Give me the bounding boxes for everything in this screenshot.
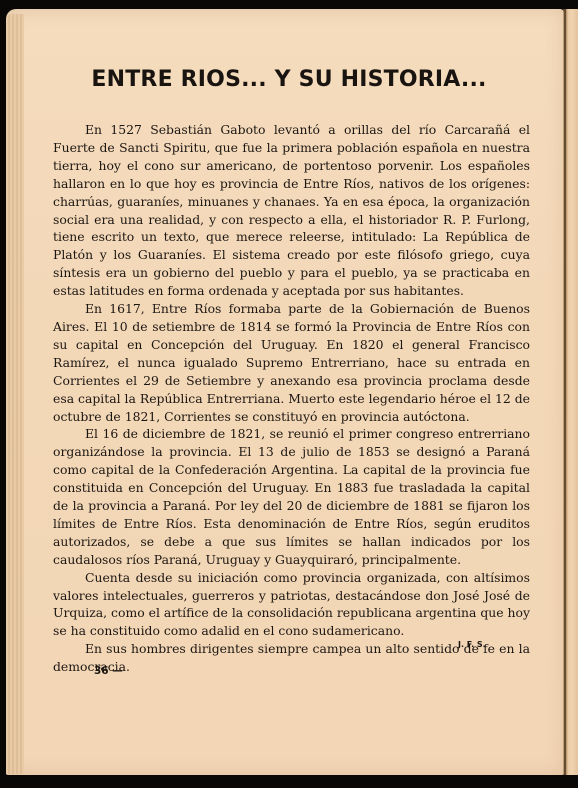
paragraph: En 1617, Entre Ríos formaba parte de la … [53, 300, 530, 425]
page-number: 36 — [94, 665, 123, 677]
author-initials: J. F. S. [458, 640, 486, 649]
paragraph: En 1527 Sebastián Gaboto levantó a orill… [53, 121, 530, 300]
page-stack-edge [6, 14, 24, 774]
paragraph: Cuenta desde su iniciación como provinci… [53, 569, 530, 641]
paragraph: El 16 de diciembre de 1821, se reunió el… [53, 425, 530, 568]
facing-page-edge [566, 9, 578, 775]
page-title: ENTRE RIOS... Y SU HISTORIA... [0, 67, 578, 92]
article-body: En 1527 Sebastián Gaboto levantó a orill… [53, 121, 530, 676]
